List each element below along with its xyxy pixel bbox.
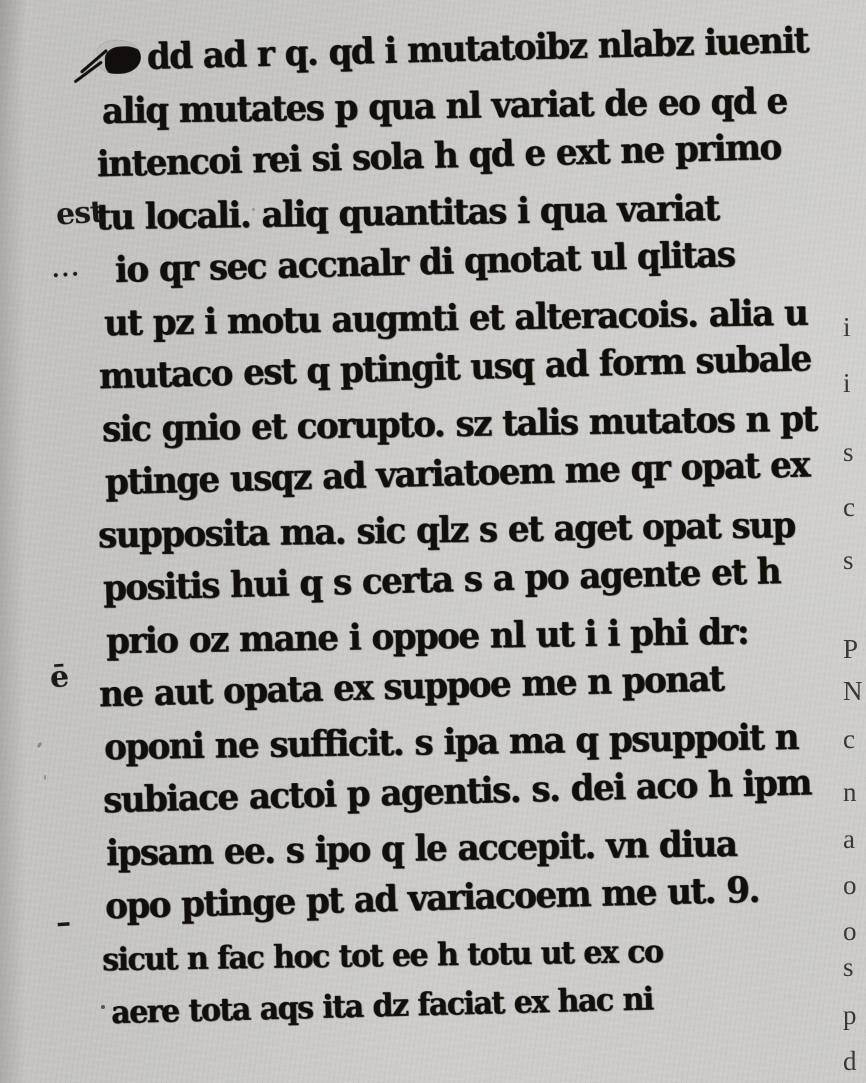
edge-fragment-letter: N bbox=[843, 676, 863, 707]
paraph-mark-icon bbox=[82, 38, 141, 77]
edge-fragment-letter: o bbox=[843, 870, 857, 901]
edge-fragment-letter: n bbox=[843, 777, 857, 808]
edge-fragment-letter: p bbox=[843, 1000, 857, 1031]
margin-note-dots: ··· bbox=[51, 261, 82, 289]
ink-speck bbox=[252, 208, 255, 211]
edge-fragment-letter: P bbox=[843, 634, 858, 665]
edge-fragment-letter: a bbox=[843, 824, 855, 855]
page-edge-shadow bbox=[0, 0, 26, 1083]
edge-fragment-letter: i bbox=[843, 368, 851, 399]
margin-note-dash: – bbox=[55, 905, 72, 941]
manuscript-line-text: dd ad r q. qd i mutatoibz nlabz iuenit bbox=[146, 20, 808, 79]
margin-note-e: ē bbox=[49, 659, 70, 695]
ink-speck bbox=[37, 742, 43, 749]
ink-speck bbox=[101, 1005, 105, 1009]
manuscript-text-block: dd ad r q. qd i mutatoibz nlabz iuenit a… bbox=[82, 19, 821, 1040]
edge-fragment-letter: i bbox=[843, 312, 851, 343]
edge-fragment-letter: s bbox=[843, 952, 854, 983]
ink-speck bbox=[44, 775, 46, 780]
edge-fragment-letter: c bbox=[843, 724, 855, 755]
edge-fragment-letter: s bbox=[843, 545, 854, 576]
manuscript-page-photo: dd ad r q. qd i mutatoibz nlabz iuenit a… bbox=[0, 0, 866, 1083]
edge-fragment-letter: d bbox=[843, 1046, 857, 1077]
edge-fragment-letter: o bbox=[843, 916, 857, 947]
margin-note-est: est bbox=[55, 194, 104, 232]
edge-fragment-letter: c bbox=[843, 492, 855, 523]
edge-fragment-letter: s bbox=[843, 437, 854, 468]
